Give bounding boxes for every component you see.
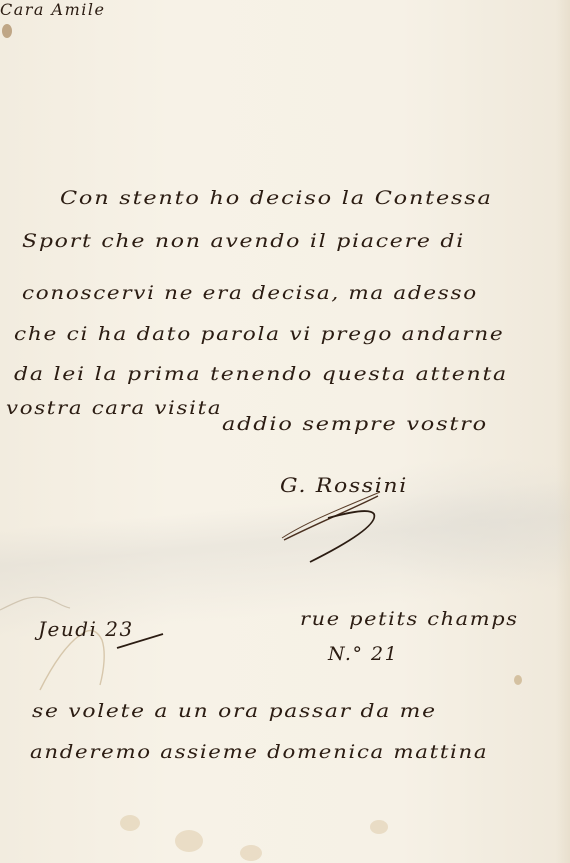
body-line: che ci ha dato parola vi prego andarne	[14, 323, 504, 345]
body-line: da lei la prima tenendo questa attenta	[14, 363, 508, 385]
address-street: rue petits champs	[300, 608, 519, 630]
foxing-spot	[120, 815, 140, 831]
body-line: conoscervi ne era decisa, ma adesso	[22, 282, 478, 304]
date-underline	[115, 630, 165, 650]
salutation: Cara Amile	[0, 0, 105, 19]
foxing-spot	[514, 675, 522, 685]
body-line: Sport che non avendo il piacere di	[22, 230, 465, 252]
body-line: Con stento ho deciso la Contessa	[60, 187, 493, 209]
letter-page: Cara Amile Con stento ho deciso la Conte…	[0, 0, 570, 863]
address-number: N.° 21	[328, 643, 398, 665]
body-line: vostra cara visita	[6, 397, 222, 419]
closing: addio sempre vostro	[222, 413, 488, 435]
foxing-spot	[370, 820, 388, 834]
water-stain-crease	[0, 580, 200, 710]
foxing-spot	[175, 830, 203, 852]
foxing-spot	[240, 845, 262, 861]
foxing-spot	[2, 24, 12, 38]
signature-flourish	[270, 490, 400, 570]
paper-edge	[556, 0, 570, 863]
postscript-line: se volete a un ora passar da me	[32, 700, 437, 722]
postscript-line: anderemo assieme domenica mattina	[30, 741, 488, 763]
